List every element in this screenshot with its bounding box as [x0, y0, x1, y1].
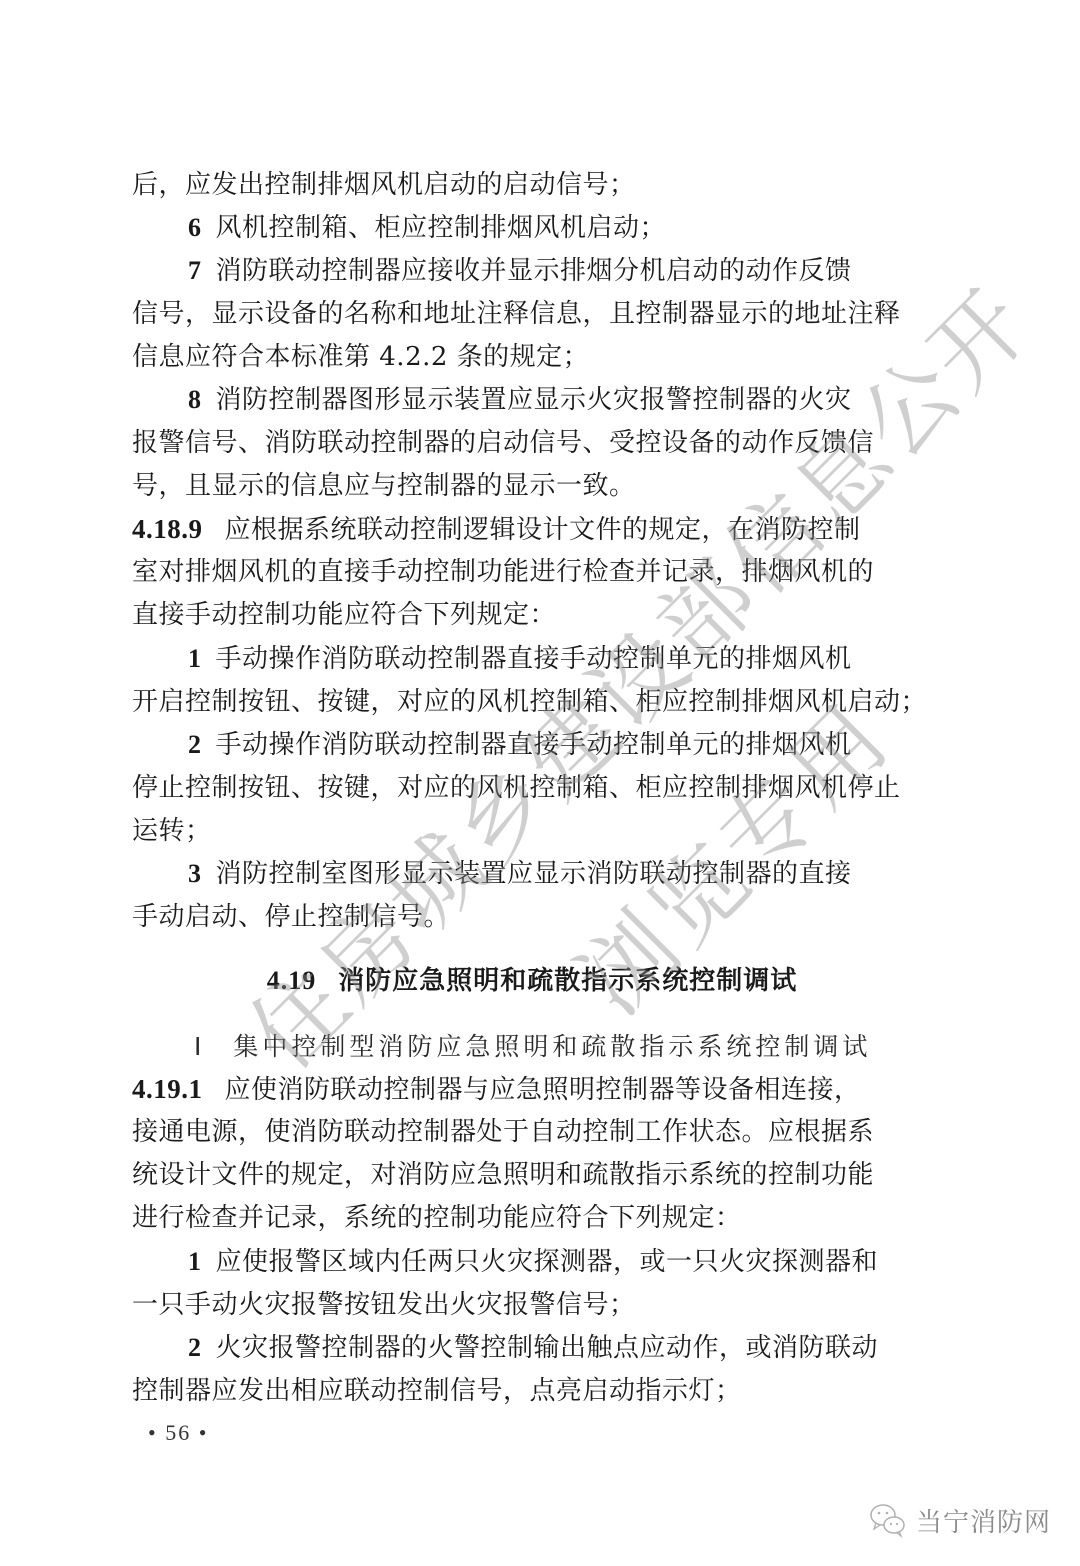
line-text: 号，且显示的信息应与控制器的显示一致。 — [132, 471, 636, 501]
text-line: 直接手动控制功能应符合下列规定： — [132, 598, 932, 632]
line-text: 运转； — [132, 816, 212, 846]
text-line: 开启控制按钮、按键，对应的风机控制箱、柜应控制排烟风机启动； — [132, 685, 932, 719]
section-number: 4.19 — [267, 966, 317, 995]
text-line: 手动启动、停止控制信号。 — [132, 900, 932, 934]
subsection-numeral: Ⅰ — [194, 1034, 205, 1061]
brand-label: 当宁消防网 — [916, 1502, 1051, 1539]
clause-line: 4.18.9应根据系统联动控制逻辑设计文件的规定，在消防控制 — [132, 512, 932, 547]
item-number: 1 — [188, 1245, 202, 1279]
brand-watermark: 当宁消防网 — [868, 1500, 1051, 1540]
page-number: • 56 • — [148, 1420, 208, 1446]
line-text: 室对排烟风机的直接手动控制功能进行检查并记录，排烟风机的 — [132, 557, 874, 587]
line-text: 应使消防联动控制器与应急照明控制器等设备相连接， — [225, 1075, 861, 1105]
line-text: 开启控制按钮、按键，对应的风机控制箱、柜应控制排烟风机启动； — [132, 687, 927, 717]
line-text: 应使报警区域内任两只火灾探测器，或一只火灾探测器和 — [216, 1247, 879, 1277]
clause-line: 4.19.1应使消防联动控制器与应急照明控制器等设备相连接， — [132, 1072, 932, 1107]
text-line: 运转； — [132, 814, 932, 848]
line-text: 风机控制箱、柜应控制排烟风机启动； — [216, 213, 667, 243]
section-heading: 4.19消防应急照明和疏散指示系统控制调试 — [132, 964, 932, 998]
line-text: 手动启动、停止控制信号。 — [132, 902, 450, 932]
text-line: 信号，显示设备的名称和地址注释信息，且控制器显示的地址注释 — [132, 297, 932, 331]
line-text: 手动操作消防联动控制器直接手动控制单元的排烟风机 — [216, 644, 852, 674]
text-line: 控制器应发出相应联动控制信号，点亮启动指示灯； — [132, 1374, 932, 1408]
line-text: 直接手动控制功能应符合下列规定： — [132, 600, 556, 630]
item-number: 7 — [188, 254, 202, 288]
text-line: 一只手动火灾报警按钮发出火灾报警信号； — [132, 1288, 932, 1322]
text-line: 报警信号、消防联动控制器的启动信号、受控设备的动作反馈信 — [132, 426, 932, 460]
list-item: 8消防控制器图形显示装置应显示火灾报警控制器的火灾 — [132, 383, 932, 417]
section-title-text: 消防应急照明和疏散指示系统控制调试 — [338, 966, 797, 996]
text-line: 统设计文件的规定，对消防应急照明和疏散指示系统的控制功能 — [132, 1158, 932, 1192]
line-text: 进行检查并记录，系统的控制功能应符合下列规定： — [132, 1203, 742, 1233]
list-item: 3消防控制室图形显示装置应显示消防联动控制器的直接 — [132, 857, 932, 891]
line-text: 消防联动控制器应接收并显示排烟分机启动的动作反馈 — [216, 256, 852, 286]
line-text: 接通电源，使消防联动控制器处于自动控制工作状态。应根据系 — [132, 1117, 874, 1147]
text-line: 接通电源，使消防联动控制器处于自动控制工作状态。应根据系 — [132, 1115, 932, 1149]
clause-number: 4.19.1 — [132, 1072, 203, 1106]
item-number: 6 — [188, 211, 202, 245]
line-text: 信息应符合本标准第 4.2.2 条的规定； — [132, 342, 589, 372]
list-item: 1手动操作消防联动控制器直接手动控制单元的排烟风机 — [132, 642, 932, 676]
line-text: 消防控制器图形显示装置应显示火灾报警控制器的火灾 — [216, 385, 852, 415]
line-text: 信号，显示设备的名称和地址注释信息，且控制器显示的地址注释 — [132, 299, 901, 329]
line-text: 消防控制室图形显示装置应显示消防联动控制器的直接 — [216, 859, 852, 889]
list-item: 2火灾报警控制器的火警控制输出触点应动作，或消防联动 — [132, 1331, 932, 1365]
subsection-title-text: 集中控制型消防应急照明和疏散指示系统控制调试 — [233, 1032, 871, 1061]
line-text: 控制器应发出相应联动控制信号，点亮启动指示灯； — [132, 1376, 742, 1406]
item-number: 2 — [188, 1331, 202, 1365]
list-item: 6风机控制箱、柜应控制排烟风机启动； — [132, 211, 932, 245]
text-line: 号，且显示的信息应与控制器的显示一致。 — [132, 469, 932, 503]
line-text: 火灾报警控制器的火警控制输出触点应动作，或消防联动 — [216, 1333, 879, 1363]
list-item: 7消防联动控制器应接收并显示排烟分机启动的动作反馈 — [132, 254, 932, 288]
line-text: 一只手动火灾报警按钮发出火灾报警信号； — [132, 1290, 636, 1320]
line-text: 统设计文件的规定，对消防应急照明和疏散指示系统的控制功能 — [132, 1160, 874, 1190]
list-item: 2手动操作消防联动控制器直接手动控制单元的排烟风机 — [132, 728, 932, 762]
line-text: 后，应发出控制排烟风机启动的启动信号； — [132, 170, 636, 200]
text-line: 进行检查并记录，系统的控制功能应符合下列规定： — [132, 1201, 932, 1235]
line-text: 报警信号、消防联动控制器的启动信号、受控设备的动作反馈信 — [132, 428, 874, 458]
text-line: 后，应发出控制排烟风机启动的启动信号； — [132, 168, 932, 202]
text-line: 停止控制按钮、按键，对应的风机控制箱、柜应控制排烟风机停止 — [132, 771, 932, 805]
wechat-icon — [868, 1500, 908, 1540]
line-text: 应根据系统联动控制逻辑设计文件的规定，在消防控制 — [225, 515, 861, 545]
list-item: 1应使报警区域内任两只火灾探测器，或一只火灾探测器和 — [132, 1245, 932, 1279]
item-number: 8 — [188, 383, 202, 417]
text-line: 室对排烟风机的直接手动控制功能进行检查并记录，排烟风机的 — [132, 555, 932, 589]
text-line: 信息应符合本标准第 4.2.2 条的规定； — [132, 340, 932, 374]
line-text: 停止控制按钮、按键，对应的风机控制箱、柜应控制排烟风机停止 — [132, 773, 901, 803]
subsection-heading: Ⅰ集中控制型消防应急照明和疏散指示系统控制调试 — [194, 1030, 954, 1065]
line-text: 手动操作消防联动控制器直接手动控制单元的排烟风机 — [216, 730, 852, 760]
item-number: 2 — [188, 728, 202, 762]
item-number: 1 — [188, 642, 202, 676]
item-number: 3 — [188, 857, 202, 891]
clause-number: 4.18.9 — [132, 512, 203, 546]
